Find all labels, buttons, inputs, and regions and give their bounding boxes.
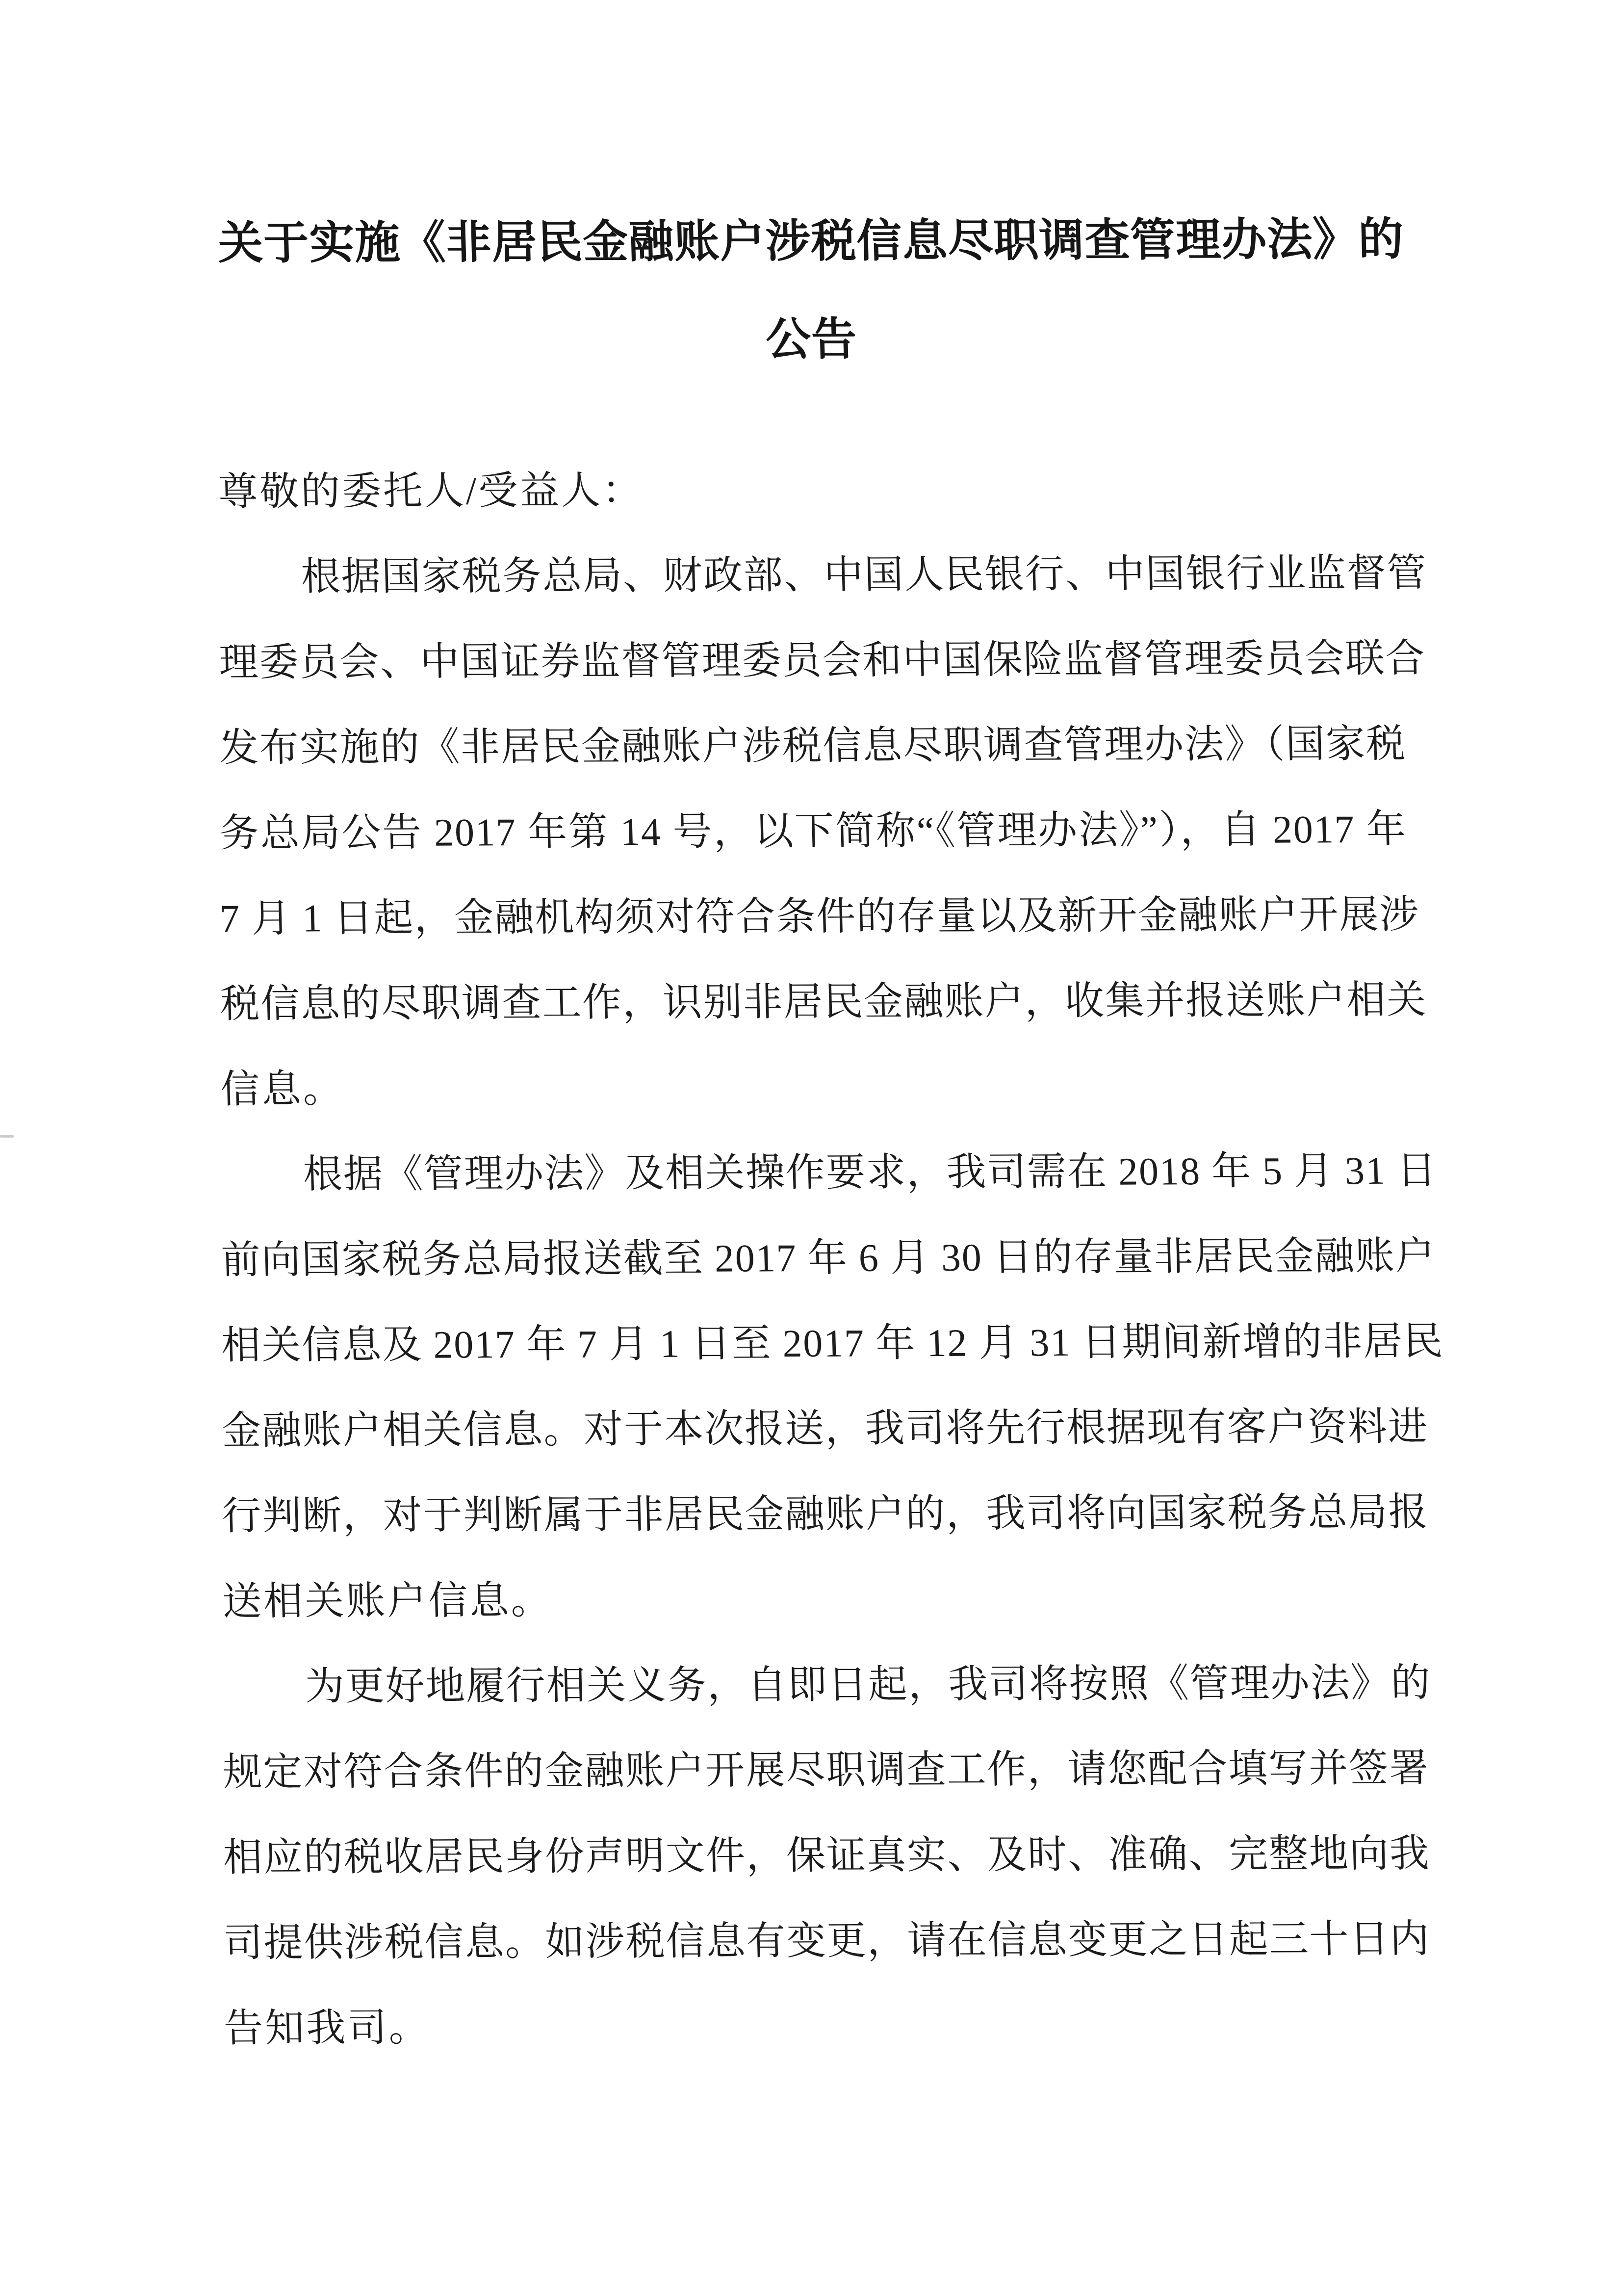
document-body: 尊敬的委托人/受益人： 根据国家税务总局、财政部、中国人民银行、中国银行业监督管…: [218, 445, 1411, 2071]
body-line: 金融账户相关信息。对于本次报送，我司将先行根据现有客户资料进: [221, 1384, 1410, 1474]
body-line: 司提供涉税信息。如涉税信息有变更，请在信息变更之日起三十日内: [222, 1897, 1412, 1986]
body-line: 相应的税收居民身份声明文件，保证真实、及时、准确、完整地向我: [222, 1811, 1412, 1901]
body-line: 行判断，对于判断属于非居民金融账户的，我司将向国家税务总局报: [221, 1470, 1410, 1559]
title-line-2: 公告: [217, 288, 1406, 391]
title-line-1: 关于实施《非居民金融账户涉税信息尽职调查管理办法》的: [216, 190, 1406, 292]
scan-artifact-dash: [0, 1135, 14, 1138]
body-line: 务总局公告 2017 年第 14 号，以下简称“《管理办法》”），自 2017 …: [218, 787, 1408, 876]
document-page: 关于实施《非居民金融账户涉税信息尽职调查管理办法》的 公告 尊敬的委托人/受益人…: [0, 0, 1622, 2296]
scanned-document-page: { "title": { "line1": "关于实施《非居民金融账户涉税信息尽…: [0, 0, 1622, 2296]
body-line: 根据《管理办法》及相关操作要求，我司需在 2018 年 5 月 31 日: [220, 1128, 1409, 1218]
body-line: 规定对符合条件的金融账户开展尽职调查工作，请您配合填写并签署: [222, 1726, 1411, 1815]
page-content: 关于实施《非居民金融账户涉税信息尽职调查管理办法》的 公告 尊敬的委托人/受益人…: [0, 0, 1622, 2296]
body-line: 为更好地履行相关义务，自即日起，我司将按照《管理办法》的: [222, 1641, 1411, 1730]
body-line: 7 月 1 日起，金融机构须对符合条件的存量以及新开金融账户开展涉: [219, 872, 1408, 962]
body-line: 告知我司。: [223, 1982, 1412, 2071]
body-line: 理委员会、中国证券监督管理委员会和中国保险监督管理委员会联合: [218, 616, 1407, 705]
body-line: 根据国家税务总局、财政部、中国人民银行、中国银行业监督管: [218, 531, 1407, 620]
salutation-line: 尊敬的委托人/受益人：: [217, 445, 1407, 535]
body-line: 送相关账户信息。: [221, 1555, 1411, 1644]
document-title: 关于实施《非居民金融账户涉税信息尽职调查管理办法》的 公告: [217, 190, 1405, 391]
body-line: 相关信息及 2017 年 7 月 1 日至 2017 年 12 月 31 日期间…: [220, 1299, 1410, 1388]
body-line: 发布实施的《非居民金融账户涉税信息尽职调查管理办法》（国家税: [218, 702, 1408, 791]
body-line: 税信息的尽职调查工作，识别非居民金融账户，收集并报送账户相关: [219, 958, 1409, 1047]
body-line: 信息。: [219, 1043, 1409, 1132]
body-line: 前向国家税务总局报送截至 2017 年 6 月 30 日的存量非居民金融账户: [220, 1214, 1410, 1303]
